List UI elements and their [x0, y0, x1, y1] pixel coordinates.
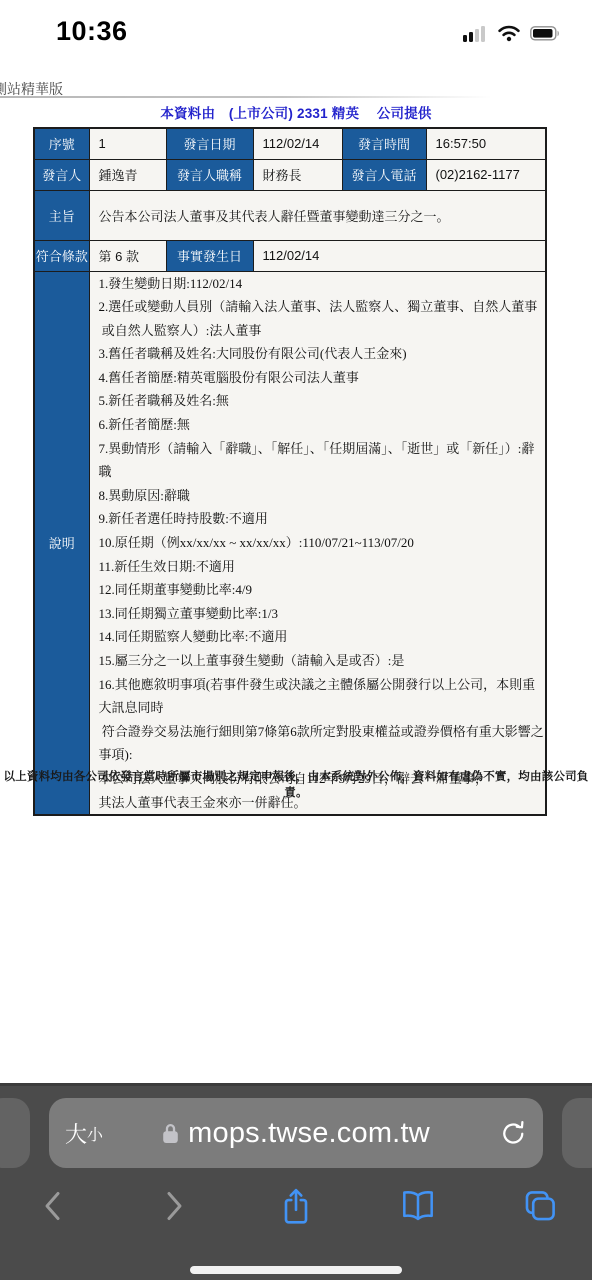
tabs-button[interactable]: [520, 1184, 560, 1228]
speaker-title-value: 財務長: [253, 159, 342, 190]
description-line: 16.其他應敘明事項(若事件發生或決議之主體係屬公開發行以上公司，本則重大訊息同…: [99, 673, 546, 720]
wifi-icon: [497, 24, 521, 42]
description-line: 5.新任者職稱及姓名:無: [99, 389, 546, 413]
date-value: 112/02/14: [253, 128, 342, 159]
description-line: 4.舊任者簡歷:精英電腦股份有限公司法人董事: [99, 366, 546, 390]
fact-date-value: 112/02/14: [253, 240, 546, 271]
clause-label: 符合條款: [34, 240, 89, 271]
table-row: 說明 1.發生變動日期:112/02/142.選任或變動人員別（請輸入法人董事、…: [34, 271, 546, 815]
tab-strip: 大小 mops.twse.com.tw: [0, 1086, 592, 1170]
back-button[interactable]: [32, 1184, 72, 1228]
text-size-large-glyph: 大: [65, 1118, 87, 1149]
description-line: 符合證券交易法施行細則第7條第6款所定對股東權益或證券價格有重大影響之事項):: [99, 720, 546, 767]
back-icon: [44, 1191, 61, 1221]
subject-label: 主旨: [34, 190, 89, 240]
description-line: 10.原任期（例xx/xx/xx ~ xx/xx/xx）:110/07/21~1…: [99, 531, 546, 555]
description-line: 12.同任期董事變動比率:4/9: [99, 578, 546, 602]
date-label: 發言日期: [166, 128, 253, 159]
phone-label: 發言人電話: [342, 159, 426, 190]
time-label: 發言時間: [342, 128, 426, 159]
adjacent-tab-right[interactable]: [562, 1098, 592, 1168]
forward-button[interactable]: [154, 1184, 194, 1228]
address-bar[interactable]: 大小 mops.twse.com.tw: [49, 1098, 543, 1168]
speaker-label: 發言人: [34, 159, 89, 190]
subject-value: 公告本公司法人董事及其代表人辭任暨董事變動達三分之一。: [89, 190, 546, 240]
description-line: 或自然人監察人）:法人董事: [99, 319, 546, 343]
table-row: 序號 1 發言日期 112/02/14 發言時間 16:57:50: [34, 128, 546, 159]
phone-value: (02)2162-1177: [426, 159, 546, 190]
description-line: 14.同任期監察人變動比率:不適用: [99, 625, 546, 649]
text-size-button[interactable]: 大小: [65, 1098, 103, 1168]
description-line: 1.發生變動日期:112/02/14: [99, 272, 546, 296]
url-text: mops.twse.com.tw: [188, 1117, 430, 1150]
tabs-icon: [523, 1189, 557, 1223]
description-line: 6.新任者簡歷:無: [99, 413, 546, 437]
description-line: 7.異動情形（請輸入「辭職」、「解任」、「任期屆滿」、「逝世」或「新任」）:辭職: [99, 437, 546, 484]
share-button[interactable]: [276, 1184, 316, 1228]
bottom-toolbar: [0, 1178, 592, 1234]
time-value: 16:57:50: [426, 128, 546, 159]
text-size-small-glyph: 小: [87, 1122, 103, 1145]
table-row: 發言人 鍾逸青 發言人職稱 財務長 發言人電話 (02)2162-1177: [34, 159, 546, 190]
speaker-title-label: 發言人職稱: [166, 159, 253, 190]
status-icons: [463, 24, 560, 42]
description-line: 11.新任生效日期:不適用: [99, 555, 546, 579]
header-divider: [0, 96, 512, 98]
status-time: 10:36: [56, 16, 128, 47]
description-line: 15.屬三分之一以上董事發生變動（請輸入是或否）:是: [99, 649, 546, 673]
description-line: 13.同任期獨立董事變動比率:1/3: [99, 602, 546, 626]
source-notice: 本資料由 (上市公司) 2331 精英 公司提供: [0, 102, 592, 122]
safari-bottom-chrome: 大小 mops.twse.com.tw: [0, 1083, 592, 1280]
home-indicator[interactable]: [190, 1266, 402, 1274]
lock-icon: [162, 1122, 179, 1144]
adjacent-tab-left[interactable]: [0, 1098, 30, 1168]
description-line: 8.異動原因:辭職: [99, 484, 546, 508]
description-label: 說明: [34, 271, 89, 815]
table-row: 符合條款 第 6 款 事實發生日 112/02/14: [34, 240, 546, 271]
share-icon: [281, 1187, 311, 1225]
announcement-table: 序號 1 發言日期 112/02/14 發言時間 16:57:50 發言人 鍾逸…: [33, 127, 547, 816]
description-line: 3.舊任者職稱及姓名:大同股份有限公司(代表人王金來): [99, 342, 546, 366]
disclaimer-text: 以上資料均由各公司依發言當時所屬市場別之規定申報後，由本系統對外公佈，資料如有虛…: [0, 768, 592, 800]
seq-label: 序號: [34, 128, 89, 159]
cellular-signal-icon: [463, 25, 488, 42]
battery-icon: [530, 26, 560, 41]
iphone-screen: 10:36: [0, 0, 592, 1280]
table-row: 主旨 公告本公司法人董事及其代表人辭任暨董事變動達三分之一。: [34, 190, 546, 240]
status-bar: 10:36: [0, 0, 592, 62]
description-body: 1.發生變動日期:112/02/142.選任或變動人員別（請輸入法人董事、法人監…: [89, 271, 546, 815]
forward-icon: [166, 1191, 183, 1221]
clause-value: 第 6 款: [89, 240, 166, 271]
speaker-value: 鍾逸青: [89, 159, 166, 190]
description-line: 2.選任或變動人員別（請輸入法人董事、法人監察人、獨立董事、自然人董事: [99, 295, 546, 319]
seq-value: 1: [89, 128, 166, 159]
bookmarks-button[interactable]: [398, 1184, 438, 1228]
url-group: mops.twse.com.tw: [162, 1117, 430, 1150]
description-line: 9.新任者選任時持股數:不適用: [99, 507, 546, 531]
bookmarks-icon: [400, 1190, 436, 1222]
reload-button[interactable]: [500, 1098, 527, 1168]
fact-date-label: 事實發生日: [166, 240, 253, 271]
